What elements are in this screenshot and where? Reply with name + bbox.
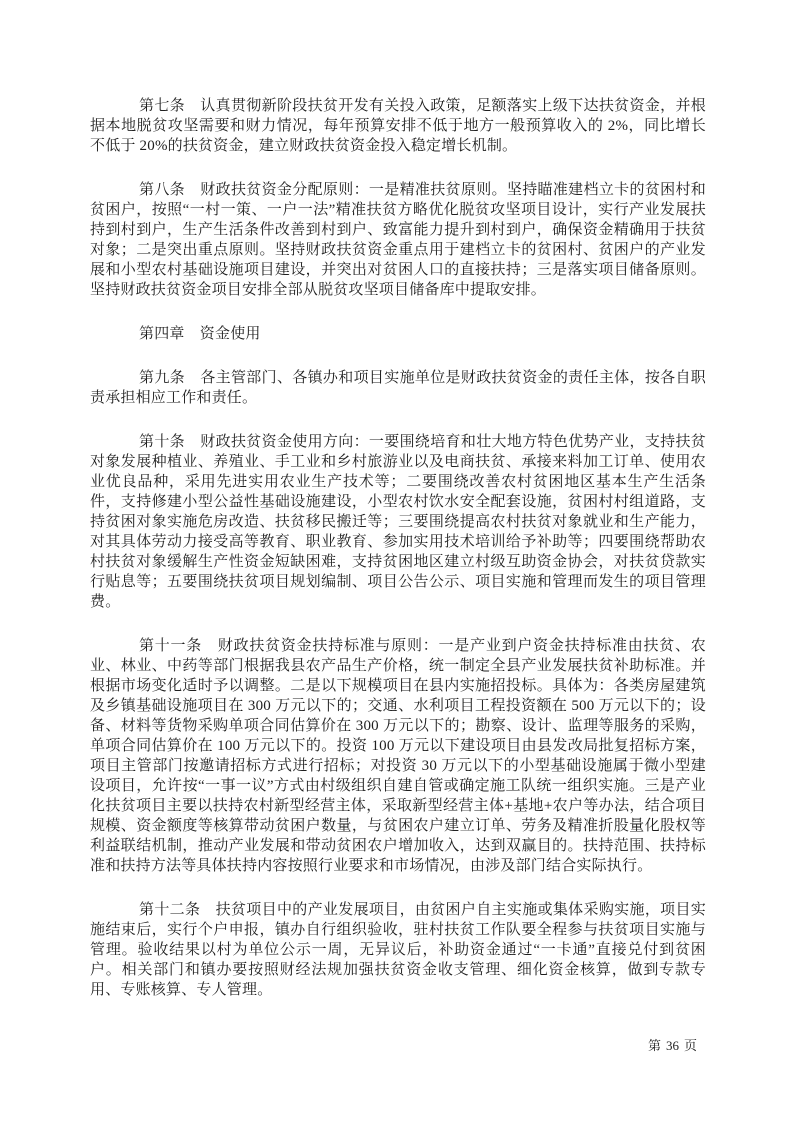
article-7-paragraph: 第七条 认真贯彻新阶段扶贫开发有关投入政策，足额落实上级下达扶贫资金，并根据本地… [90,96,706,156]
article-9-paragraph: 第九条 各主管部门、各镇办和项目实施单位是财政扶贫资金的责任主体，按各自职责承担… [90,368,706,408]
page-number-prefix: 第 [648,1038,661,1053]
article-12-paragraph: 第十二条 扶贫项目中的产业发展项目，由贫困户自主实施或集体采购实施，项目实施结束… [90,900,706,1000]
page-number: 36 [666,1038,679,1053]
page-footer: 第36页 [648,1037,697,1055]
article-11-paragraph: 第十一条 财政扶贫资金扶持标准与原则：一是产业到户资金扶持标准由扶贫、农业、林业… [90,636,706,876]
document-page: 第七条 认真贯彻新阶段扶贫开发有关投入政策，足额落实上级下达扶贫资金，并根据本地… [0,0,793,1122]
article-10-paragraph: 第十条 财政扶贫资金使用方向：一要围绕培育和壮大地方特色优势产业，支持扶贫对象发… [90,432,706,612]
document-body: 第七条 认真贯彻新阶段扶贫开发有关投入政策，足额落实上级下达扶贫资金，并根据本地… [90,96,706,1024]
article-8-paragraph: 第八条 财政扶贫资金分配原则：一是精准扶贫原则。坚持瞄准建档立卡的贫困村和贫困户… [90,180,706,300]
page-number-suffix: 页 [684,1038,697,1053]
chapter-4-heading: 第四章 资金使用 [90,324,706,344]
